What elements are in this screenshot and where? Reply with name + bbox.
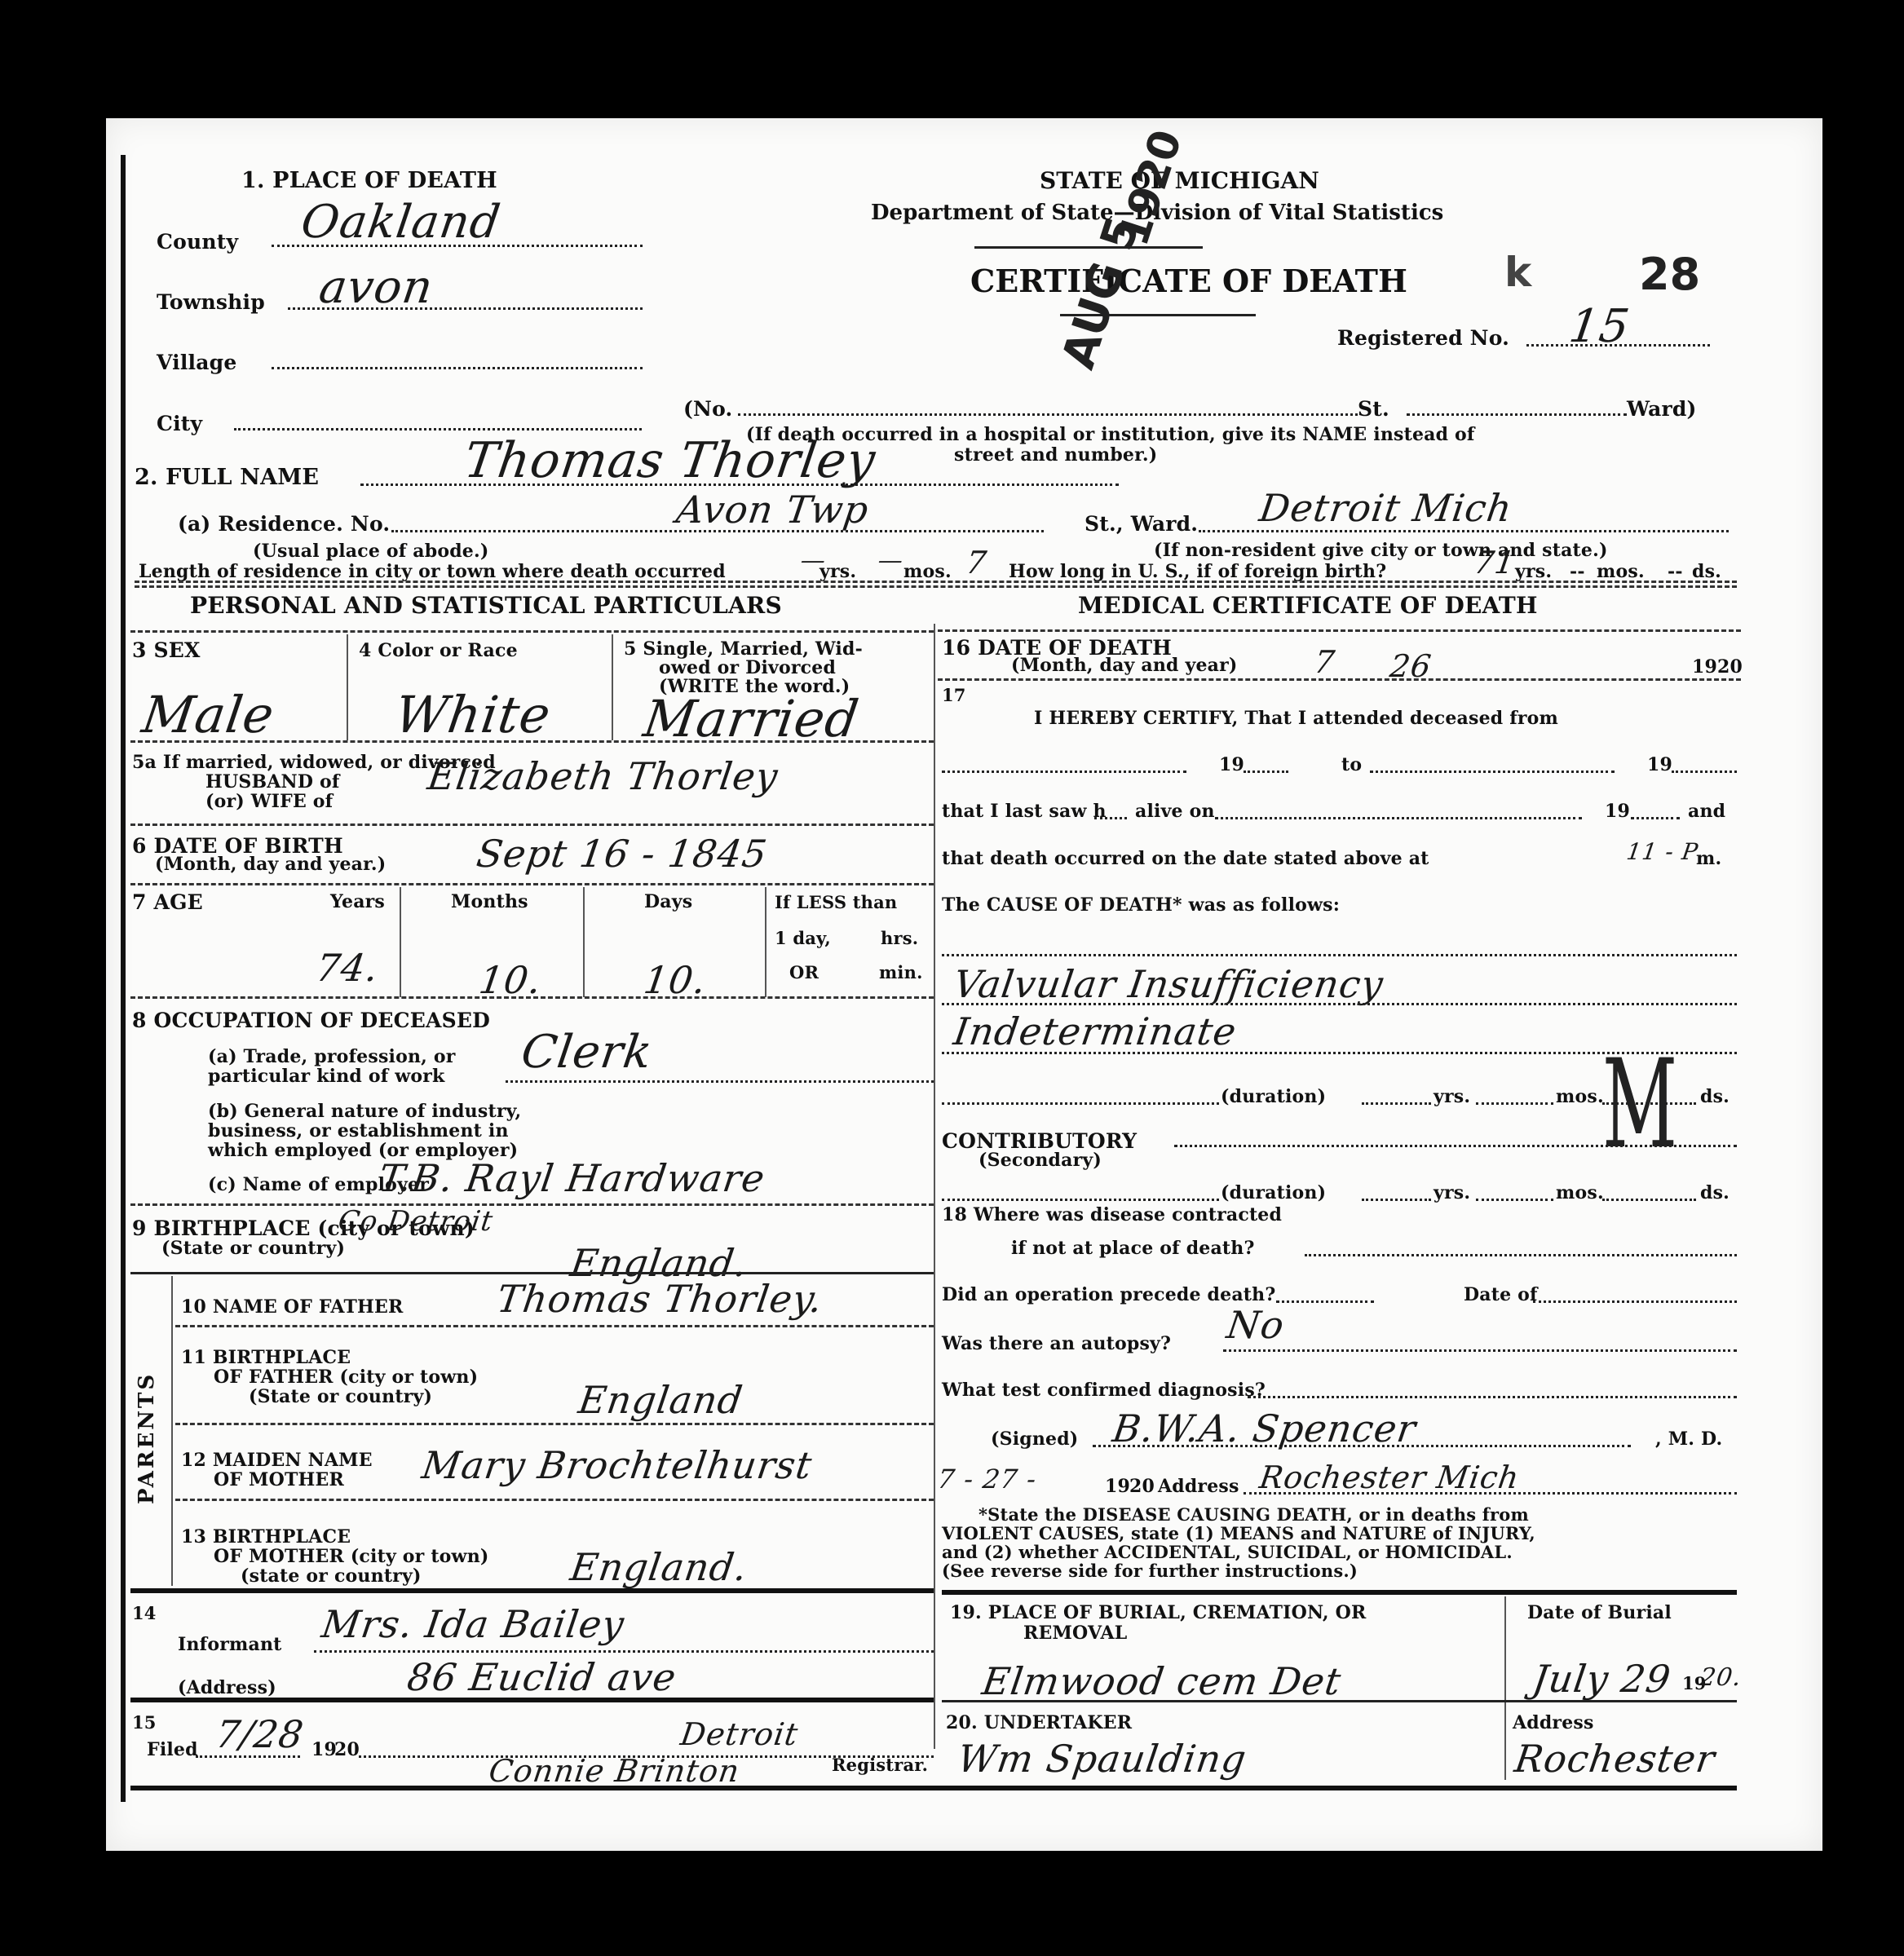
sign-year-value: 20	[1129, 1476, 1155, 1497]
contracted-label-2: if not at place of death?	[1011, 1238, 1255, 1259]
months-label: Months	[451, 891, 528, 912]
duration-ds-line-2	[1602, 1199, 1696, 1201]
father-name-label: 10 NAME OF FATHER	[181, 1296, 403, 1318]
footnote-line-3: and (2) whether ACCIDENTAL, SUICIDAL, or…	[942, 1542, 1513, 1562]
us-ds-value: --	[1668, 561, 1683, 582]
abode-note: (Usual place of abode.)	[253, 541, 488, 562]
occupation-label: 8 OCCUPATION OF DECEASED	[132, 1009, 490, 1032]
spouse-label-2: HUSBAND of	[205, 771, 340, 793]
personal-section-title: PERSONAL AND STATISTICAL PARTICULARS	[190, 592, 782, 619]
township-value: avon	[316, 261, 436, 314]
length-yrs-label: yrs.	[819, 561, 856, 582]
residence-value: Avon Twp	[674, 488, 872, 532]
alive-year-prefix: 19	[1605, 801, 1630, 822]
registered-no-label: Registered No.	[1337, 326, 1509, 350]
duration-ds-label-1: ds.	[1700, 1086, 1730, 1107]
occupation-a-value: Clerk	[518, 1026, 656, 1079]
certificate-title: CERTIFICATE OF DEATH	[970, 263, 1407, 299]
alive-on-text: alive on	[1135, 801, 1215, 822]
death-occurred-text: that death occurred on the date stated a…	[942, 848, 1429, 869]
physician-signature: B.W.A. Spencer	[1110, 1406, 1419, 1450]
township-label: Township	[157, 290, 265, 314]
burial-rule	[942, 1700, 1737, 1702]
from-date-line	[942, 770, 1186, 773]
ward-line	[1407, 413, 1627, 416]
st-ward-value: Detroit Mich	[1257, 486, 1515, 530]
dod-rule	[938, 678, 1741, 681]
row-rule-5	[130, 1203, 934, 1206]
to-year-prefix: 19	[1647, 754, 1672, 775]
to-year-line	[1672, 770, 1737, 773]
contributory-line	[1174, 1145, 1737, 1147]
footnote-line-1: *State the DISEASE CAUSING DEATH, or in …	[979, 1504, 1529, 1525]
mother-name-value: Mary Brochtelhurst	[419, 1443, 815, 1487]
last-saw-line	[1094, 817, 1127, 819]
autopsy-value: No	[1224, 1303, 1288, 1347]
age-days-value: 10.	[641, 958, 709, 1002]
operation-label: Did an operation precede death?	[942, 1284, 1275, 1305]
medical-bottom-rule	[942, 1590, 1737, 1595]
contracted-line	[1305, 1254, 1737, 1256]
parents-divider	[171, 1276, 173, 1586]
from-year-prefix: 19	[1219, 754, 1244, 775]
us-mos-value: --	[1570, 561, 1585, 582]
filed-num: 15	[132, 1712, 157, 1733]
informant-line	[314, 1650, 934, 1653]
race-value: White	[391, 685, 554, 744]
full-name-label: 2. FULL NAME	[135, 465, 319, 490]
race-label: 4 Color or Race	[359, 640, 518, 661]
page-number: 28	[1639, 249, 1700, 300]
street-no-line	[738, 413, 1358, 416]
to-date-line	[1370, 770, 1615, 773]
village-line	[272, 367, 643, 369]
left-border	[121, 155, 126, 1802]
duration-mos-label-2: mos.	[1556, 1182, 1604, 1203]
us-ds-label: ds.	[1692, 561, 1721, 582]
signed-label: (Signed)	[991, 1428, 1078, 1450]
st-ward-line	[1199, 530, 1729, 532]
or-label: OR	[789, 962, 819, 982]
physician-address-label: Address	[1158, 1476, 1239, 1497]
cause-of-death-label: The CAUSE OF DEATH* was as follows:	[942, 894, 1340, 916]
duration-yrs-line-1	[1362, 1102, 1431, 1105]
employer-value-cont: Co Detroit	[336, 1205, 495, 1238]
occupation-b-label-1: (b) General nature of industry,	[208, 1101, 521, 1122]
duration-label-1: (duration)	[1221, 1086, 1326, 1107]
us-mos-label: mos.	[1597, 561, 1645, 582]
certify-text: I HEREBY CERTIFY, That I attended deceas…	[1034, 708, 1558, 729]
date-of-line	[1533, 1300, 1737, 1303]
divider-top-2	[135, 585, 1737, 588]
registrar-label: Registrar.	[832, 1755, 928, 1775]
filed-label: Filed	[147, 1739, 198, 1760]
test-line	[1248, 1396, 1737, 1398]
father-rule	[175, 1325, 934, 1327]
duration-line-2	[942, 1199, 1219, 1201]
st-ward-label: St., Ward.	[1085, 512, 1198, 536]
divider-top	[135, 581, 1737, 583]
sex-label: 3 SEX	[132, 638, 201, 662]
informant-num: 14	[132, 1603, 157, 1623]
last-saw-text: that I last saw h	[942, 801, 1107, 822]
informant-address-label: (Address)	[178, 1677, 276, 1698]
filed-year-value: 20	[334, 1739, 360, 1760]
contracted-label-1: 18 Where was disease contracted	[942, 1204, 1282, 1225]
duration-mos-label-1: mos.	[1556, 1086, 1604, 1107]
undertaker-address-label: Address	[1513, 1712, 1594, 1733]
burial-date-label: Date of Burial	[1527, 1602, 1672, 1623]
undertaker-value: Wm Spaulding	[955, 1737, 1249, 1781]
row-rule-3	[130, 883, 934, 885]
us-yrs-value: 71	[1472, 545, 1518, 581]
min-label: min.	[879, 962, 923, 982]
parents-bottom-rule	[130, 1588, 934, 1593]
ward-label: Ward)	[1627, 397, 1697, 421]
filed-date-value: 7/28	[213, 1712, 307, 1756]
burial-place-label-2: REMOVAL	[1023, 1623, 1127, 1644]
duration-mos-line-2	[1476, 1199, 1553, 1201]
alive-year-line	[1631, 817, 1680, 819]
mother-birthplace-label-3: (state or country)	[241, 1565, 422, 1587]
burial-place-label-1: 19. PLACE OF BURIAL, CREMATION, OR	[950, 1602, 1366, 1623]
occupation-b-label-2: business, or establishment in	[208, 1120, 509, 1141]
footnote-line-2: VIOLENT CAUSES, state (1) MEANS and NATU…	[942, 1523, 1535, 1543]
dob-value: Sept 16 - 1845	[474, 832, 770, 876]
parents-side-label: PARENTS	[135, 1372, 159, 1504]
footnote-line-4: (See reverse side for further instructio…	[942, 1561, 1358, 1581]
bottom-rule	[130, 1786, 1737, 1790]
occupation-a-label-1: (a) Trade, profession, or	[208, 1046, 456, 1067]
death-time-value: 11 - P	[1625, 838, 1700, 865]
burial-date-value: July 29	[1530, 1657, 1674, 1701]
city-label: City	[157, 412, 202, 435]
street-no-label: (No.	[683, 397, 732, 421]
duration-label-2: (duration)	[1221, 1182, 1326, 1203]
sex-race-divider	[347, 634, 348, 740]
father-birthplace-label-1: 11 BIRTHPLACE	[181, 1347, 351, 1368]
hospital-note-2: street and number.)	[954, 444, 1157, 466]
filed-place-value: Detroit	[678, 1716, 801, 1752]
father-birthplace-rule	[175, 1423, 934, 1425]
age-months-value: 10.	[476, 958, 545, 1002]
from-year-line	[1244, 770, 1288, 773]
autopsy-label: Was there an autopsy?	[942, 1333, 1171, 1354]
spouse-label-3: (or) WIFE of	[205, 791, 333, 812]
cause-line-1	[942, 954, 1737, 956]
mother-birthplace-value: England.	[568, 1545, 750, 1589]
father-birthplace-value: England	[576, 1378, 745, 1422]
age-divider-1	[400, 887, 401, 997]
residence-label: (a) Residence. No.	[178, 512, 390, 536]
medical-title-rule	[938, 629, 1741, 632]
length-residence-label: Length of residence in city or town wher…	[139, 561, 726, 582]
duration-yrs-label-1: yrs.	[1434, 1086, 1470, 1107]
undertaker-label: 20. UNDERTAKER	[946, 1712, 1132, 1733]
row-rule-6	[130, 1272, 934, 1274]
age-label: 7 AGE	[132, 890, 203, 914]
age-years-value: 74.	[313, 946, 382, 990]
length-mos-value: —	[877, 546, 906, 575]
duration-yrs-label-2: yrs.	[1434, 1182, 1470, 1203]
mother-birthplace-label-2: OF MOTHER (city or town)	[214, 1546, 489, 1567]
cause-line-1-value: Valvular Insufficiency	[951, 962, 1386, 1006]
and-label: and	[1688, 801, 1725, 822]
medical-section-title: MEDICAL CERTIFICATE OF DEATH	[1078, 592, 1538, 619]
one-day-label: 1 day,	[775, 928, 831, 948]
how-long-us-label: How long in U. S., if of foreign birth?	[1009, 561, 1386, 582]
occupation-a-line	[506, 1080, 934, 1083]
registrar-signature: Connie Brinton	[487, 1753, 742, 1789]
burial-place-value: Elmwood cem Det	[979, 1659, 1344, 1703]
county-value: Oakland	[298, 196, 504, 249]
informant-address-value: 86 Euclid ave	[404, 1655, 679, 1699]
md-label: , M. D.	[1655, 1428, 1722, 1450]
duration-line-1	[942, 1102, 1219, 1105]
dod-year-value: 1920	[1692, 656, 1743, 678]
duration-ds-label-2: ds.	[1700, 1182, 1730, 1203]
burial-divider	[1504, 1596, 1506, 1780]
city-line	[234, 428, 642, 430]
row-rule-1	[130, 740, 934, 743]
physician-address-value: Rochester Mich	[1257, 1459, 1522, 1495]
sex-value: Male	[139, 685, 278, 744]
race-marital-divider	[612, 634, 613, 740]
cause-line-2-value: Indeterminate	[951, 1009, 1239, 1053]
cause-line-2	[942, 1003, 1737, 1005]
father-birthplace-label-3: (State or country)	[249, 1386, 432, 1407]
informant-value: Mrs. Ida Bailey	[319, 1602, 627, 1646]
personal-title-rule	[130, 630, 934, 633]
row-rule-2	[130, 823, 934, 826]
age-divider-2	[583, 887, 585, 997]
operation-line	[1276, 1300, 1374, 1303]
death-time-suffix: m.	[1696, 848, 1721, 869]
years-label: Years	[330, 891, 385, 912]
father-name-value: Thomas Thorley.	[494, 1277, 825, 1321]
sign-date-value: 7 - 27 -	[935, 1464, 1039, 1495]
nonresident-note: (If non-resident give city or town and s…	[1154, 540, 1608, 561]
mother-birthplace-label-1: 13 BIRTHPLACE	[181, 1526, 351, 1548]
employer-value: T.B. Rayl Hardware	[376, 1156, 768, 1200]
sign-year-prefix: 19	[1105, 1476, 1130, 1497]
secondary-label: (Secondary)	[979, 1150, 1102, 1171]
full-name-value: Thomas Thorley	[461, 432, 879, 489]
large-reviewer-mark: M	[1602, 1034, 1677, 1176]
county-label: County	[157, 230, 238, 254]
undertaker-address-value: Rochester	[1512, 1737, 1718, 1781]
alive-on-line	[1215, 817, 1582, 819]
burial-year-value: 20.	[1699, 1663, 1744, 1692]
informant-bottom-rule	[130, 1698, 934, 1702]
birthplace-label-2: (State or country)	[161, 1238, 345, 1259]
informant-label: Informant	[178, 1634, 282, 1655]
days-label: Days	[644, 891, 692, 912]
spouse-value: Elizabeth Thorley	[425, 754, 781, 798]
center-divider	[934, 624, 935, 1749]
mother-rule	[175, 1499, 934, 1501]
less-than-label: If LESS than	[775, 892, 897, 912]
certify-num: 17	[942, 685, 966, 705]
place-of-death-title: 1. PLACE OF DEATH	[241, 168, 497, 193]
dod-label-2: (Month, day and year)	[1011, 655, 1238, 676]
duration-mos-line-1	[1476, 1102, 1553, 1105]
test-label: What test confirmed diagnosis?	[942, 1380, 1266, 1401]
us-yrs-label: yrs.	[1515, 561, 1552, 582]
filed-year-prefix: 19	[311, 1739, 337, 1760]
hrs-label: hrs.	[881, 928, 918, 948]
occupation-a-label-2: particular kind of work	[208, 1066, 444, 1087]
registered-no-value: 15	[1566, 300, 1632, 353]
mother-name-label-2: OF MOTHER	[214, 1469, 344, 1490]
dob-label-2: (Month, day and year.)	[155, 854, 386, 875]
page-prefix-mark: k	[1504, 249, 1531, 296]
father-birthplace-label-2: OF FATHER (city or town)	[214, 1367, 478, 1388]
date-of-label: Date of	[1464, 1284, 1538, 1305]
duration-yrs-line-2	[1362, 1199, 1431, 1201]
age-divider-3	[765, 887, 766, 997]
mother-name-label-1: 12 MAIDEN NAME	[181, 1450, 373, 1471]
st-label: St.	[1358, 397, 1389, 421]
row-rule-4	[130, 996, 934, 999]
to-label: to	[1341, 754, 1362, 775]
autopsy-line	[1223, 1349, 1737, 1352]
village-label: Village	[157, 351, 236, 374]
length-mos-label: mos.	[903, 561, 952, 582]
